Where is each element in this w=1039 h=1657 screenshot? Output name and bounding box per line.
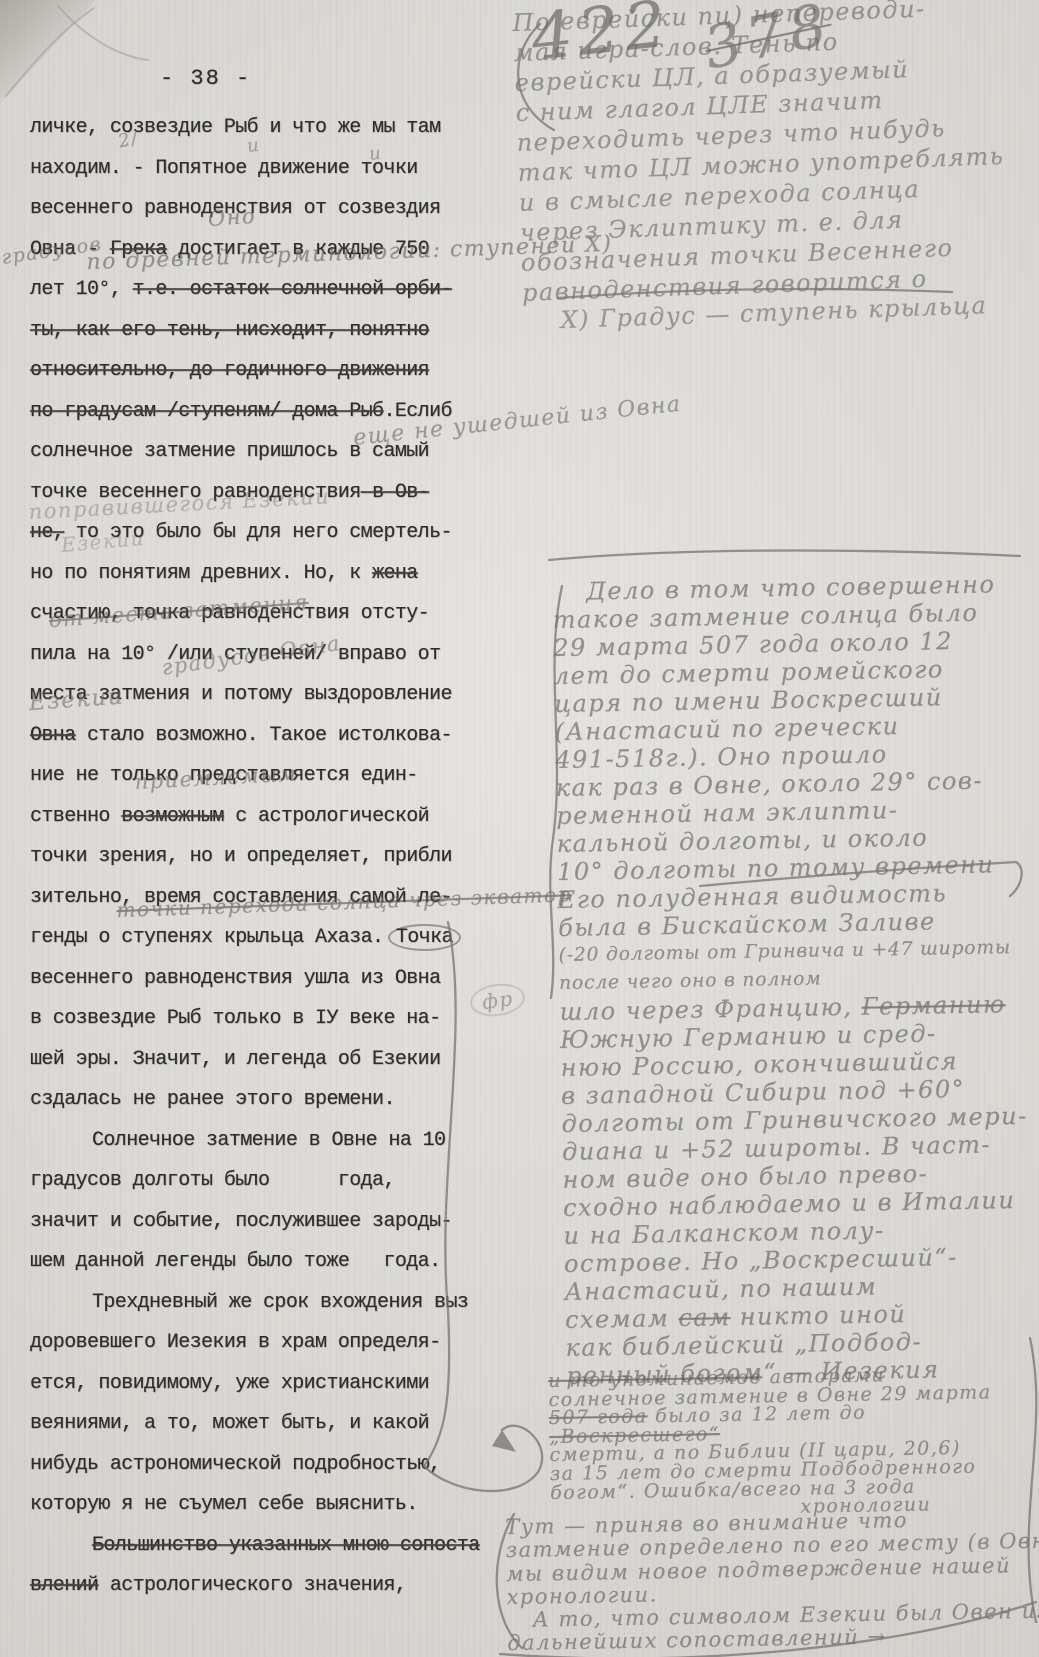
handwritten-line: и: [368, 143, 383, 165]
handwritten-note-hebrew-note: По еврейски пц) непереводи-мая игра-слов…: [512, 0, 1009, 308]
handwritten-note-delo-note: Дело в том что совершеннотакое затмение …: [552, 570, 1032, 1390]
handwritten-note-caret-i1: и: [246, 135, 261, 157]
typed-line: градусов долготы было года,: [30, 1161, 490, 1202]
typed-line: Большинство указанных мною сопоста: [30, 1526, 490, 1567]
handwritten-note-ono: Оно: [207, 204, 257, 231]
typed-line: доровевшего Иезекия в храм определя-: [30, 1323, 490, 1364]
typed-column: личке, созвездие Рыб и что же мы тамнахо…: [30, 108, 490, 1607]
typed-line: личке, созвездие Рыб и что же мы там: [30, 108, 490, 149]
typed-line: ется, повидимому, уже христианскими: [30, 1364, 490, 1405]
paper-corner-fold: [0, 0, 96, 104]
typed-line: шем данной легенды было тоже года.: [30, 1242, 490, 1283]
typed-line: значит и событие, послужившее зароды-: [30, 1202, 490, 1243]
typed-line: ственно возможным с астрологической: [30, 797, 490, 838]
inserted-paragraph-topline: [549, 551, 1020, 561]
typed-line: нибудь астрономической подробностью,: [30, 1445, 490, 1486]
typed-line: Солнечное затмение в Овне на 10: [30, 1121, 490, 1162]
page-number: - 38 -: [160, 66, 251, 91]
typed-line: относительно, до годичного движения: [30, 351, 490, 392]
typed-line: влений астрологического значения,: [30, 1566, 490, 1607]
handwritten-line: фр: [480, 986, 515, 1014]
typed-line: точки зрения, но и определяет, прибли: [30, 837, 490, 878]
typed-line: в созвездие Рыб только в IУ веке на-: [30, 999, 490, 1040]
typed-line: но по понятиям древних. Но, к жена: [30, 554, 490, 595]
handwritten-note-delo-note-2: и то упоминаемое авторамисолнечное затме…: [548, 1364, 994, 1520]
typed-line: весеннего равноденствия ушла из Овна: [30, 959, 490, 1000]
typed-line: Овна стало возможно. Такое истолкова-: [30, 716, 490, 757]
scanned-manuscript-page: - 38 - личке, созвездие Рыб и что же мы …: [0, 0, 1039, 1657]
handwritten-line: и: [246, 135, 261, 157]
handwritten-note-caret-i2: и: [368, 143, 383, 165]
typed-line: весеннего равноденствия от созвездия: [30, 189, 490, 230]
arrow-head: [492, 1430, 516, 1452]
typed-line: Трехдневный же срок вхождения выз: [30, 1283, 490, 1324]
typed-line: шей эры. Значит, и легенда об Езекии: [30, 1040, 490, 1081]
typed-line: которую я не съумел себе выяснить.: [30, 1485, 490, 1526]
typed-line: веяниями, а то, может быть, и какой: [30, 1404, 490, 1445]
typed-line: сздалась не ранее этого времени.: [30, 1080, 490, 1121]
typed-line: лет 10°, т.е. остаток солнечной орби-: [30, 270, 490, 311]
typed-line: ты, как его тень, нисходит, понятно: [30, 311, 490, 352]
handwritten-line: Оно: [207, 204, 257, 231]
handwritten-note-tut-note: Тут — приняв во внимание чтозатмение опр…: [505, 1506, 1039, 1656]
typed-line: генды о ступенях крыльца Ахаза. Точка: [30, 918, 490, 959]
